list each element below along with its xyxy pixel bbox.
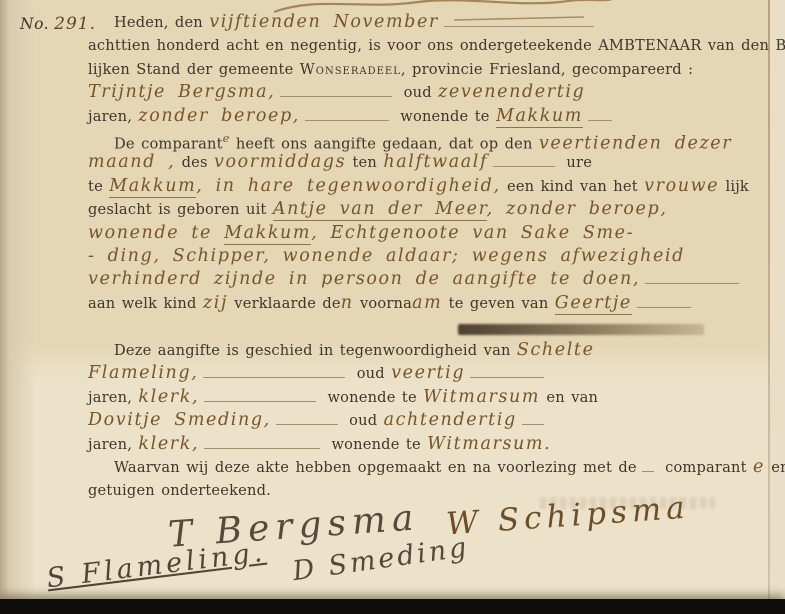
blank-rule xyxy=(637,304,691,308)
handwritten-text: , zonder beroep, xyxy=(487,199,668,219)
printed-text: lijken Stand der gemeente xyxy=(88,61,300,78)
printed-text: wonende te xyxy=(321,389,423,406)
document-line: Heden, den vijftienden November xyxy=(88,10,772,33)
handwritten-text: Flameling, xyxy=(88,363,198,383)
printed-text: getuigen onderteekend. xyxy=(88,482,271,499)
document-line: Trijntje Bergsma, oud zevenendertig xyxy=(88,80,772,103)
document-line: Deze aangifte is geschied in tegenwoordi… xyxy=(88,338,772,361)
handwritten-text: zij xyxy=(203,293,228,313)
handwritten-text: wonende te xyxy=(88,223,224,243)
printed-text: oud xyxy=(343,412,384,429)
printed-text: wonende te xyxy=(394,108,496,125)
blank-rule xyxy=(493,163,555,167)
handwritten-text: am xyxy=(412,293,442,313)
printed-text: te xyxy=(88,178,109,195)
document-line: verhinderd zijnde in persoon de aangifte… xyxy=(88,267,772,290)
document-line: lijken Stand der gemeente Wonseradeel, p… xyxy=(88,57,772,80)
printed-text: geslacht is geboren uit xyxy=(88,201,273,218)
handwritten-text: veertig xyxy=(391,363,465,383)
handwritten-text: maand , xyxy=(88,152,175,172)
document-line: Flameling, oud veertig xyxy=(88,361,772,384)
printed-text: jaren, xyxy=(88,389,138,406)
blank-rule xyxy=(522,421,544,425)
handwritten-text: halftwaalf xyxy=(383,152,488,172)
page-left-edge xyxy=(0,0,36,614)
document-line: jaren, klerk, wonende te Witmarsum. xyxy=(88,432,772,455)
printed-text: te geven van xyxy=(442,295,554,312)
handwritten-text: zevenendertig xyxy=(438,82,585,102)
handwritten-text: Witmarsum xyxy=(423,387,540,407)
handwritten-text: verhinderd zijnde in persoon de aangifte… xyxy=(88,269,640,289)
printed-text: Waarvan wij deze akte hebben opgemaakt e… xyxy=(114,459,637,476)
record-number-label: No. xyxy=(20,15,49,33)
printed-text: Heden, den xyxy=(114,14,209,31)
blank-rule xyxy=(645,280,739,284)
printed-text: verklaarde de xyxy=(228,295,341,312)
printed-text: aan welk kind xyxy=(88,295,203,312)
printed-text: ure xyxy=(560,154,592,171)
handwritten-text: klerk, xyxy=(138,434,199,454)
handwritten-text: Schelte xyxy=(517,340,595,360)
printed-text: jaren, xyxy=(88,436,138,453)
document-line: jaren, zonder beroep, wonende te Makkum xyxy=(88,104,772,127)
handwritten-text: Trijntje Bergsma, xyxy=(88,82,275,102)
document-line: wonende te Makkum, Echtgenoote van Sake … xyxy=(88,221,772,244)
blank-rule xyxy=(276,421,338,425)
handwritten-text: Makkum xyxy=(496,106,583,128)
printed-text: Deze aangifte is geschied in tegenwoordi… xyxy=(114,342,517,359)
printed-text: lijk xyxy=(719,178,749,195)
handwritten-text: Dovitje Smeding, xyxy=(88,410,271,430)
printed-text: ten xyxy=(346,154,383,171)
blank-rule xyxy=(204,398,316,402)
printed-text: , provincie Friesland, gecompareerd : xyxy=(401,61,693,78)
handwritten-text: Antje van der Meer xyxy=(273,199,487,221)
blank-rule xyxy=(203,374,345,378)
document-line: Dovitje Smeding, oud achtendertig xyxy=(88,408,772,431)
handwritten-text: , Echtgenoote van Sake Sme- xyxy=(311,223,634,243)
printed-text: des xyxy=(175,154,214,171)
blank-rule xyxy=(204,445,320,449)
document-line: te Makkum, in hare tegenwoordigheid, een… xyxy=(88,174,772,197)
printed-text: comparant xyxy=(659,459,753,476)
document-line: jaren, klerk, wonende te Witmarsum en va… xyxy=(88,385,772,408)
record-number: No. 291. xyxy=(20,14,96,34)
blank-rule xyxy=(470,374,544,378)
document-line: De comparante heeft ons aangifte gedaan,… xyxy=(88,127,772,150)
printed-text: een kind van het xyxy=(501,178,644,195)
handwritten-text: achtendertig xyxy=(384,410,517,430)
printed-text: voorna xyxy=(354,295,412,312)
printed-text: wonende te xyxy=(325,436,427,453)
handwritten-text: Geertje xyxy=(555,293,632,315)
document-line: - ding, Schipper, wonende aldaar; wegens… xyxy=(88,244,772,267)
handwritten-text: zonder beroep, xyxy=(138,106,300,126)
blank-rule xyxy=(305,117,389,121)
handwritten-text: Makkum xyxy=(109,176,196,198)
signature-flameling: S Flameling. xyxy=(45,537,268,595)
handwritten-text: , in hare tegenwoordigheid, xyxy=(196,176,500,196)
document-line: Waarvan wij deze akte hebben opgemaakt e… xyxy=(88,455,772,478)
blank-rule xyxy=(444,23,594,27)
handwritten-text: vijftienden November xyxy=(209,12,439,32)
handwritten-text: Witmarsum. xyxy=(427,434,551,454)
printed-text: jaren, xyxy=(88,108,138,125)
handwritten-text: klerk, xyxy=(138,387,199,407)
blank-rule xyxy=(588,117,612,121)
act-body: Heden, den vijftienden Novemberachttien … xyxy=(88,10,772,502)
printed-text: achttien honderd acht en negentig, is vo… xyxy=(88,37,785,54)
printed-text: en de xyxy=(765,459,785,476)
scan-bottom-bar xyxy=(0,599,785,614)
printed-text: oud xyxy=(350,365,391,382)
document-line: maand , des voormiddags ten halftwaalf u… xyxy=(88,150,772,173)
paragraph-gap xyxy=(88,314,772,338)
page-right-edge xyxy=(770,0,785,600)
document-line: aan welk kind zij verklaarde den voornaa… xyxy=(88,291,772,314)
handwritten-text: n xyxy=(341,293,354,313)
handwritten-text: - ding, Schipper, wonende aldaar; wegens… xyxy=(88,246,685,266)
blank-rule xyxy=(280,93,392,97)
printed-text: en van xyxy=(540,389,598,406)
printed-text: oud xyxy=(397,84,438,101)
handwritten-text: e xyxy=(753,457,765,477)
handwritten-text: vrouwe xyxy=(644,176,719,196)
handwritten-text: Makkum xyxy=(224,223,311,245)
handwritten-text: voormiddags xyxy=(214,152,346,172)
printed-text: Wonseradeel xyxy=(300,61,401,78)
blank-rule xyxy=(642,468,654,472)
document-line: achttien honderd acht en negentig, is vo… xyxy=(88,33,772,56)
document-line: geslacht is geboren uit Antje van der Me… xyxy=(88,197,772,220)
